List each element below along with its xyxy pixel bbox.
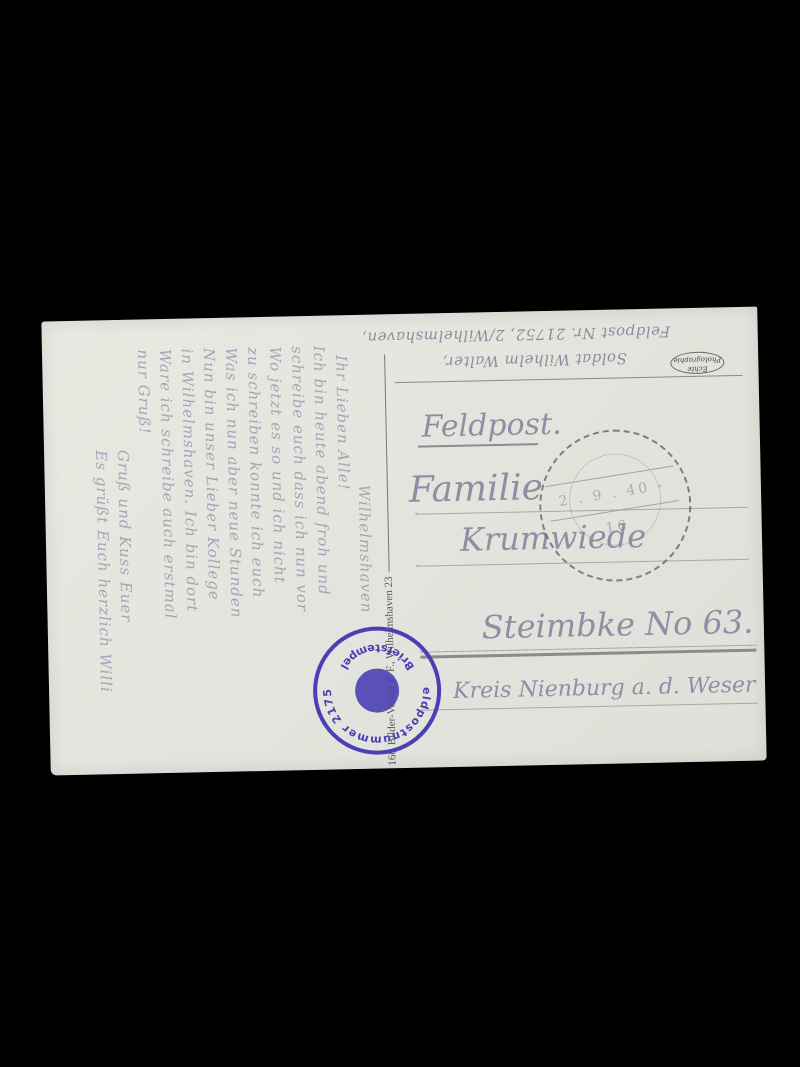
stamp-emblem-icon xyxy=(355,669,399,713)
postcard: Wilhelmshaven Ihr Lieben Alle! Ich bin h… xyxy=(41,307,766,776)
message-line: Ware ich schreibe auch erstmal xyxy=(156,349,180,620)
brand-badge: Echte Photographie xyxy=(670,351,724,374)
message-line: Was ich nun aber neue Stunden xyxy=(222,347,246,618)
message-line: Es grüßt Euch herzlich Willi xyxy=(92,450,115,693)
sender-line-1: Feldpost Nr. 21752, 2/Wilhelmshaven, xyxy=(362,322,671,346)
message-heading: Wilhelmshaven xyxy=(355,485,376,614)
message-line: Nun bin unser Lieber Kollege xyxy=(200,348,223,601)
message-line: schreibe euch dass ich nun vor xyxy=(288,346,312,612)
address-line-rule xyxy=(422,703,758,711)
message-line: Wo jetzt es so und ich nicht xyxy=(266,346,289,583)
sender-rule xyxy=(395,375,743,383)
message-line: nur Gruß! xyxy=(134,349,154,434)
address-district: Kreis Nienburg a. d. Weser xyxy=(453,673,756,704)
message-line: zu schreiben konnte ich euch xyxy=(244,347,267,599)
message-line: Ich bin heute abend froh und xyxy=(310,346,333,596)
message-line: Gruß und Kuss Euer xyxy=(114,450,136,623)
message-line: Ihr Lieben Alle! xyxy=(332,355,353,491)
sender-line-2: Soldat Wilhelm Walter, xyxy=(442,349,627,371)
message-line: in Wilhelmshaven. Ich bin dort xyxy=(178,348,202,612)
address-town: Steimbke No 63. xyxy=(481,603,753,647)
address-recipient-line-1: Familie xyxy=(409,467,544,511)
feldpost-stamp: Feldpostnummer 21752 Briefstempel xyxy=(313,626,441,754)
address-service: Feldpost. xyxy=(421,407,562,445)
